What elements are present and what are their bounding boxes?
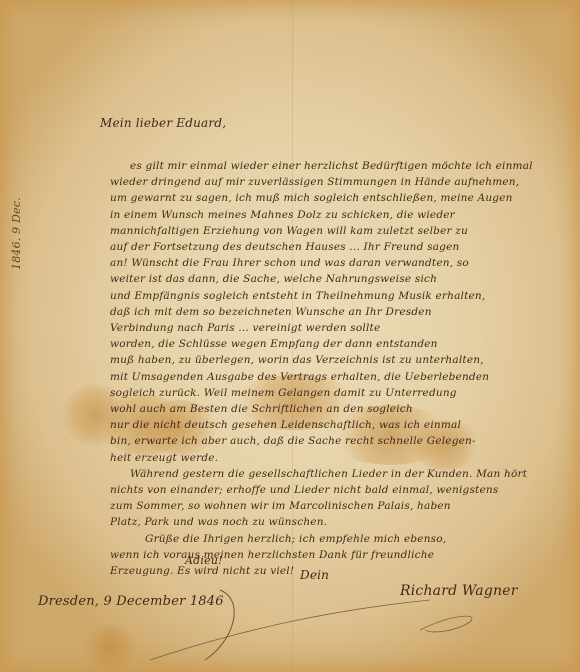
signature-flourish [0, 0, 580, 672]
letter-page: 1846. 9 Dec. Mein lieber Eduard, es gilt… [0, 0, 580, 672]
